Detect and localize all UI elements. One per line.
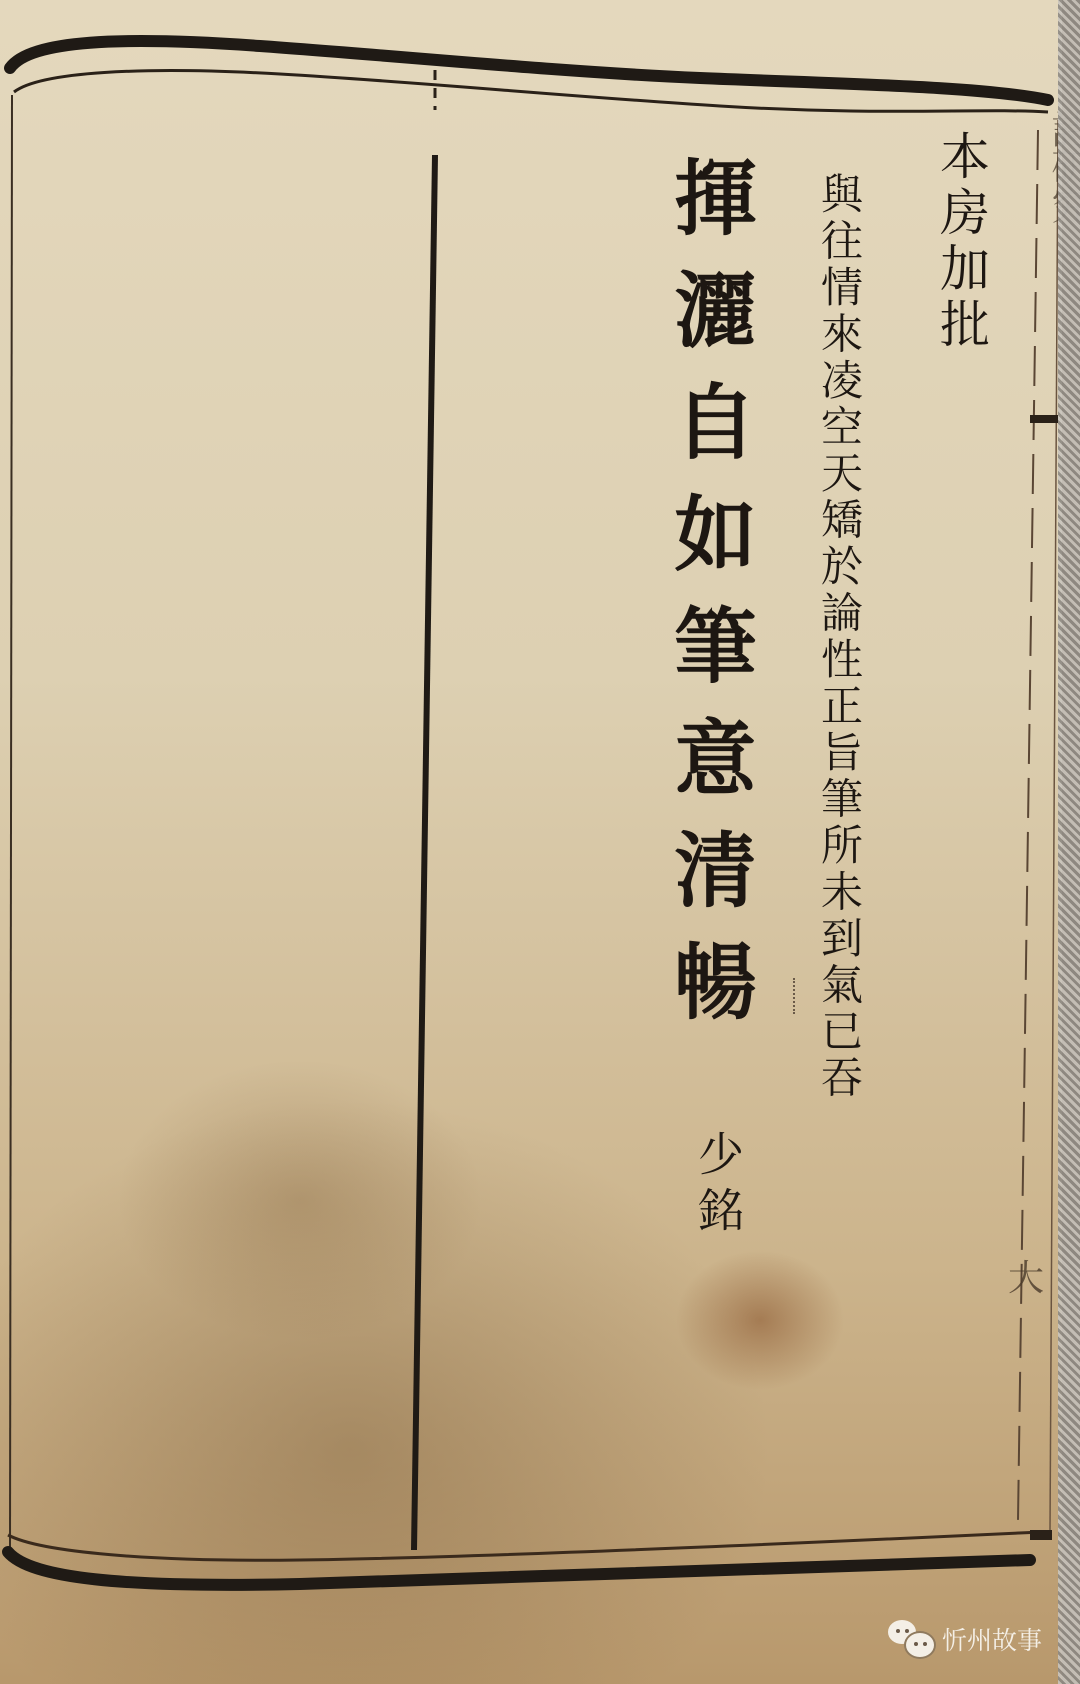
commentary-text: 與往情來凌空天矯於論性正旨筆所未到氣已吞	[818, 172, 860, 1102]
right-margin-char: 大	[1008, 1250, 1044, 1301]
watermark: 忻州故事	[888, 1618, 1042, 1660]
background-fabric	[1058, 0, 1080, 1684]
phonetic-annotation-mark	[793, 978, 803, 1014]
commentary-header: 本房加批	[925, 130, 997, 354]
signature: 少銘	[695, 1130, 741, 1242]
page-frame-lines	[0, 0, 1080, 1684]
main-calligraphy-text: 揮灑自如筆意清暢	[668, 155, 750, 1051]
watermark-label: 忻州故事	[942, 1621, 1042, 1657]
wechat-icon	[888, 1620, 934, 1658]
